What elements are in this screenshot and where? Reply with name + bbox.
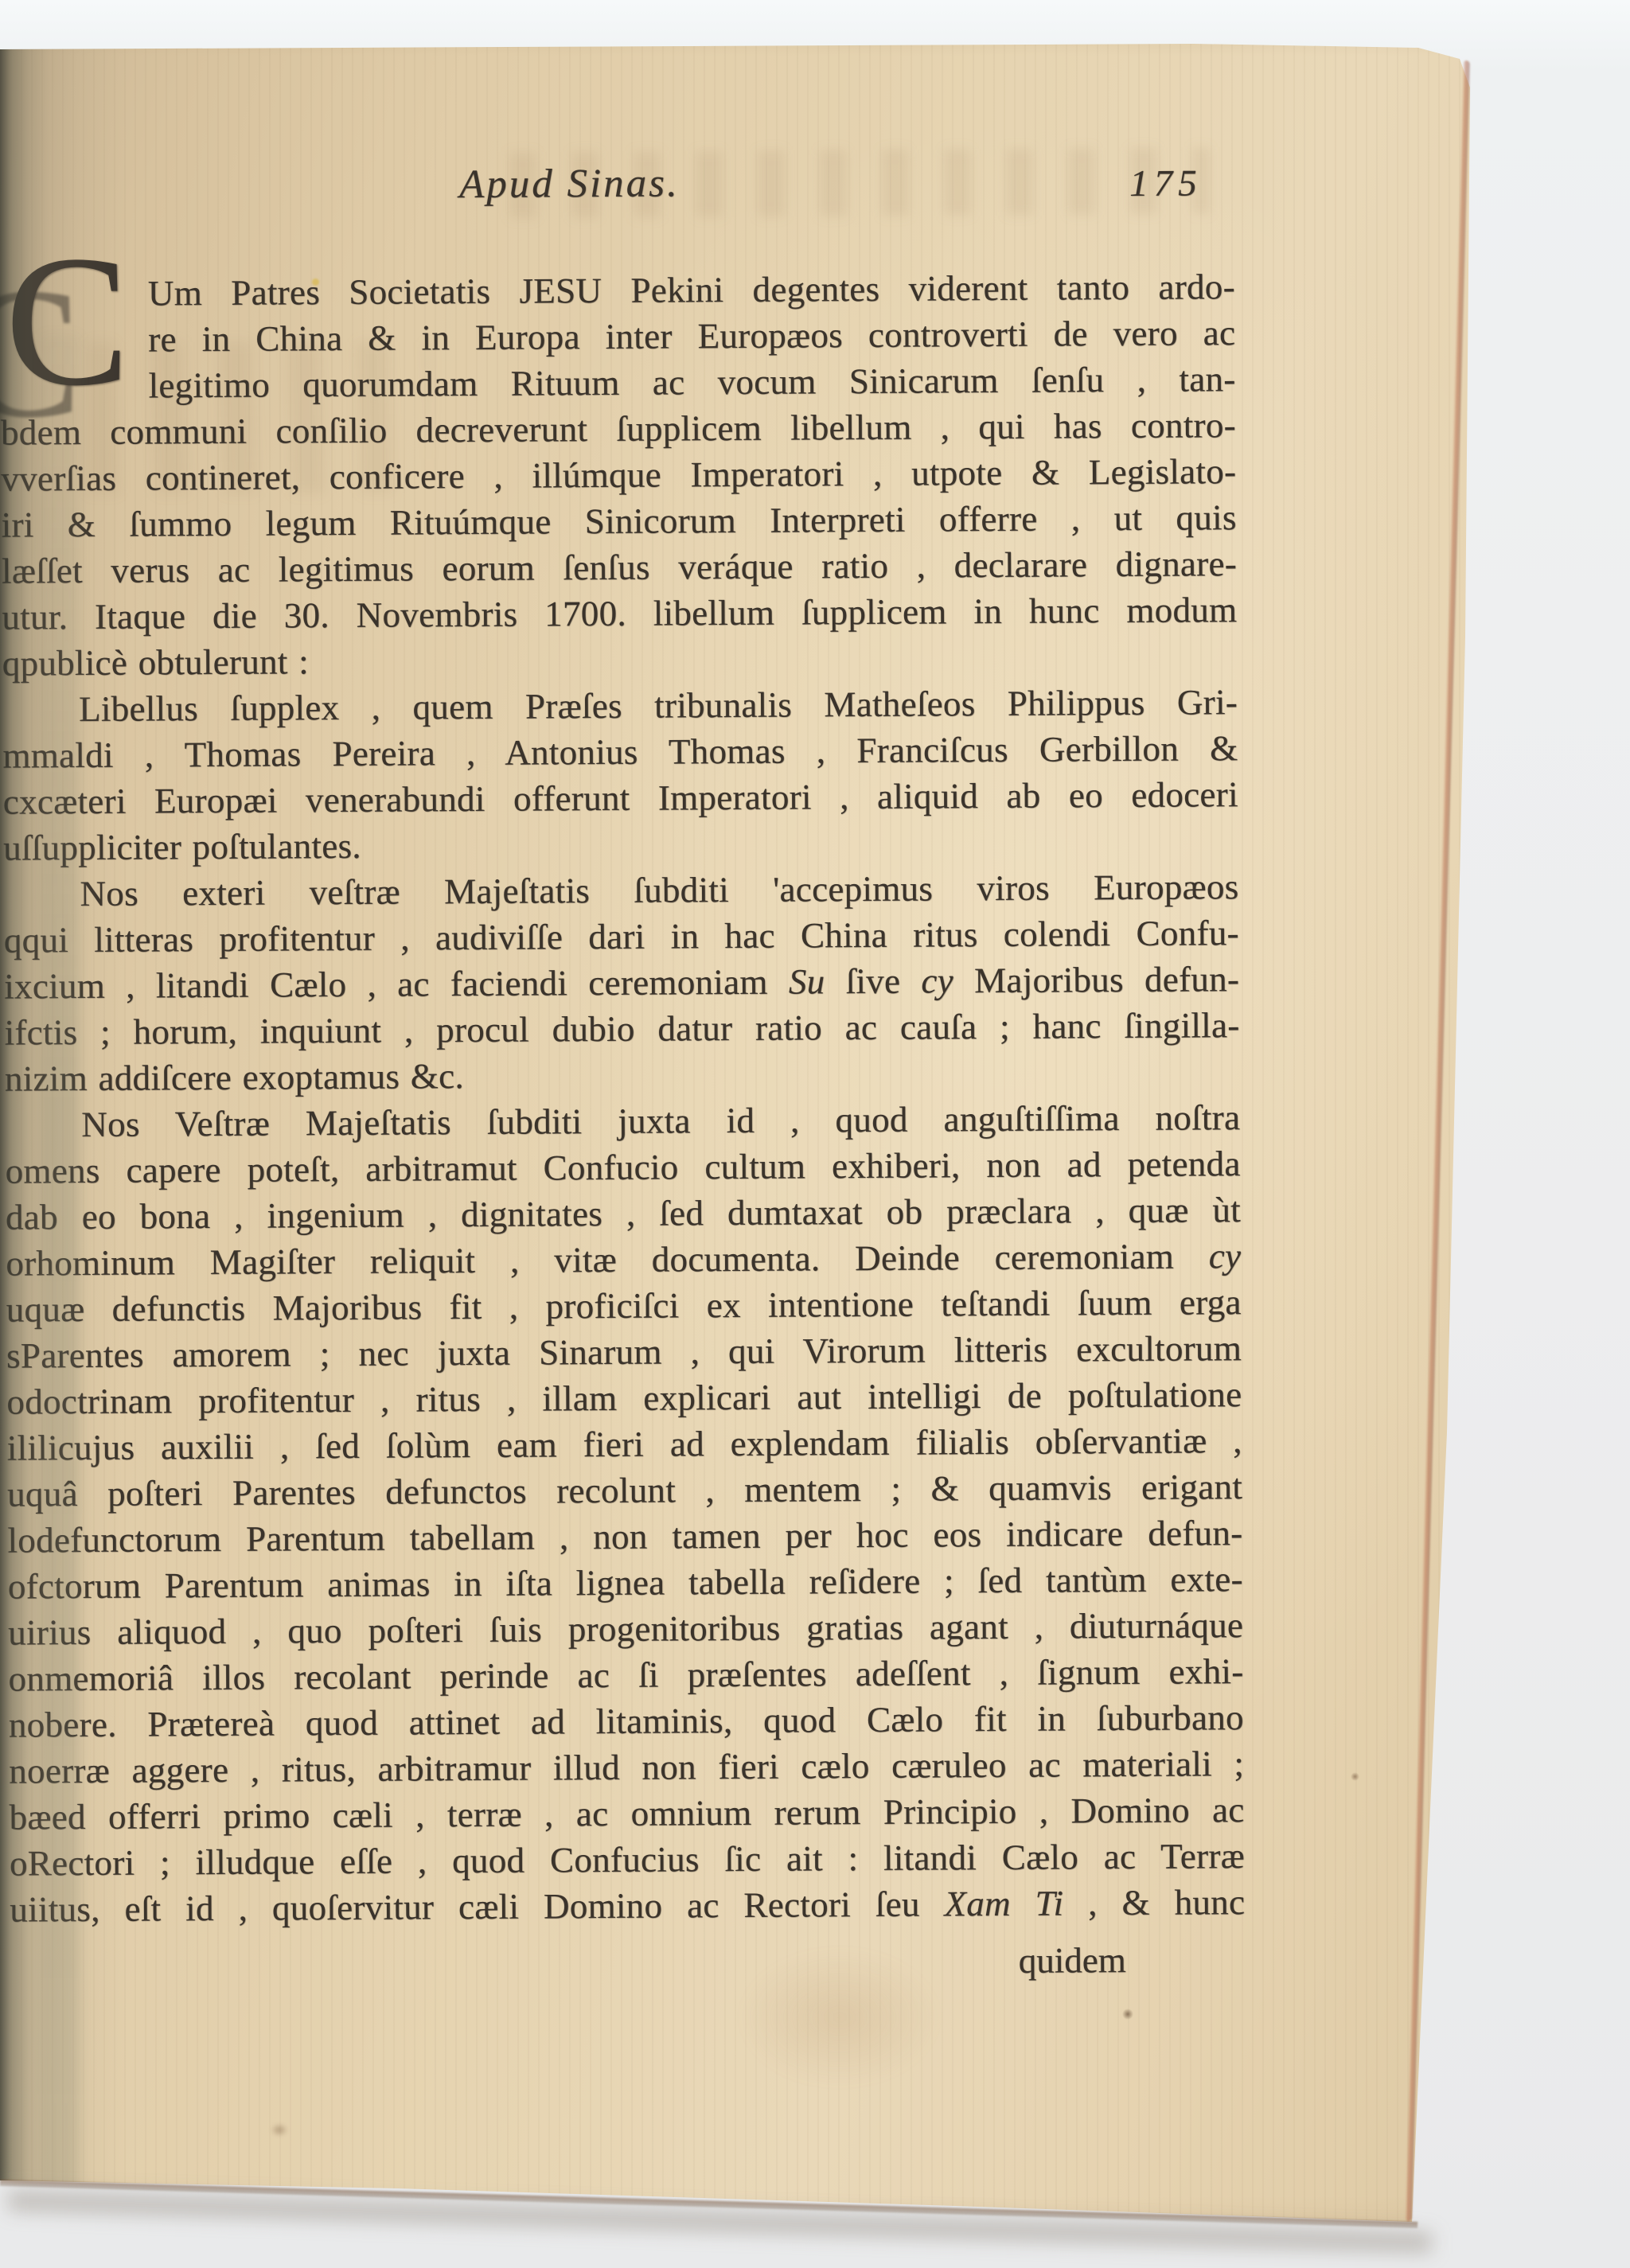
text-line: bæed offerri primo cæli , terræ , ac omn…: [9, 1787, 1244, 1840]
text-line: uquæ defunctis Majoribus fit , proficiſc…: [6, 1279, 1242, 1332]
catchword: quidem: [1019, 1940, 1126, 1981]
text-segment: utur. Itaque die 30. Novembris 1700. lib…: [2, 590, 1237, 637]
italic-text-segment: cy: [921, 961, 953, 1000]
text-segment: Majoribus defun-: [953, 959, 1240, 1000]
text-segment: vverſias contineret, conficere , illúmqu…: [1, 451, 1236, 498]
text-line: ixcium , litandi Cælo , ac faciendi cere…: [4, 956, 1239, 1009]
text-line: orhominum Magiſter reliquit , vitæ docum…: [6, 1233, 1241, 1286]
text-line: noerræ aggere , ritus, arbitramur illud …: [9, 1740, 1244, 1794]
text-line: læſſet verus ac legitimus eorum ſenſus v…: [2, 540, 1237, 594]
text-segment: re in China & in Europa inter Europæos c…: [148, 313, 1235, 359]
text-line: utur. Itaque die 30. Novembris 1700. lib…: [2, 586, 1237, 640]
text-line: oRectori ; illudque eſſe , quod Confuciu…: [10, 1833, 1245, 1886]
text-segment: qpublicè obtulerunt :: [2, 641, 310, 683]
text-segment: Nos exteri veſtræ Majeſtatis ſubditi 'ac…: [80, 867, 1238, 914]
text-segment: mmaldi , Thomas Pereira , Antonius Thoma…: [2, 728, 1238, 775]
text-segment: Nos Veſtræ Majeſtatis ſubditi juxta id ,…: [81, 1097, 1240, 1144]
text-line: dab eo bona , ingenium , dignitates , ſe…: [6, 1187, 1241, 1240]
text-line: omens capere poteſt, arbitramut Confucio…: [5, 1140, 1240, 1194]
text-segment: uirius aliquod , quo poſteri ſuis progen…: [8, 1605, 1243, 1652]
catchword-row: quidem: [10, 1936, 1246, 1989]
text-line: Um Patres Societatis JESU Pekini degente…: [0, 263, 1235, 317]
text-segment: læſſet verus ac legitimus eorum ſenſus v…: [2, 544, 1237, 590]
text-segment: sParentes amorem ; nec juxta Sinarum , q…: [6, 1328, 1242, 1375]
text-line: ofctorum Parentum animas in iſta lignea …: [8, 1556, 1243, 1609]
text-segment: lodefunctorum Parentum tabellam , non ta…: [7, 1513, 1242, 1560]
text-line: Libellus ſupplex , quem Præſes tribunali…: [2, 679, 1238, 732]
body-text: Um Patres Societatis JESU Pekini degente…: [0, 263, 1246, 1989]
text-line: onmemoriâ illos recolant perinde ac ſi p…: [8, 1648, 1243, 1701]
text-line: uſſuppliciter poſtulantes.: [3, 817, 1238, 871]
italic-text-segment: Su: [789, 961, 825, 1001]
text-line: mmaldi , Thomas Pereira , Antonius Thoma…: [2, 725, 1238, 778]
text-segment: iri & ſummo legum Rituúmque Sinicorum In…: [2, 497, 1237, 544]
text-line: sParentes amorem ; nec juxta Sinarum , q…: [6, 1325, 1242, 1378]
text-segment: onmemoriâ illos recolant perinde ac ſi p…: [8, 1651, 1243, 1698]
text-line: lodefunctorum Parentum tabellam , non ta…: [7, 1510, 1242, 1563]
text-segment: uiitus, eſt id , quoſervitur cæli Domino…: [10, 1884, 944, 1929]
text-line: uiitus, eſt id , quoſervitur cæli Domino…: [10, 1879, 1245, 1932]
text-segment: dab eo bona , ingenium , dignitates , ſe…: [6, 1190, 1241, 1237]
scanned-book-page: Apud Sinas. 175 C Um Patres Societatis J…: [0, 0, 1630, 2268]
italic-text-segment: Xam Ti: [944, 1883, 1063, 1923]
text-segment: ofctorum Parentum animas in iſta lignea …: [8, 1559, 1243, 1606]
text-segment: Libellus ſupplex , quem Præſes tribunali…: [79, 682, 1238, 729]
text-segment: bæed offerri primo cæli , terræ , ac omn…: [9, 1790, 1244, 1837]
text-line: qpublicè obtulerunt :: [2, 633, 1238, 686]
text-segment: cxcæteri Europæi venerabundi offerunt Im…: [3, 774, 1238, 821]
text-line: iri & ſummo legum Rituúmque Sinicorum In…: [2, 494, 1237, 548]
text-segment: ililicujus auxilii , ſed ſolùm eam fieri…: [7, 1420, 1242, 1467]
text-line: cxcæteri Europæi venerabundi offerunt Im…: [3, 771, 1238, 824]
text-segment: , & hunc: [1063, 1882, 1245, 1923]
text-line: nizim addiſcere exoptamus &c.: [5, 1048, 1240, 1101]
text-line: Nos exteri veſtræ Majeſtatis ſubditi 'ac…: [3, 863, 1238, 917]
text-segment: bdem communi conſilio decreverunt ſuppli…: [1, 405, 1236, 452]
text-segment: noerræ aggere , ritus, arbitramur illud …: [9, 1744, 1244, 1791]
text-segment: ifctis ; horum, inquiunt , procul dubio …: [4, 1005, 1239, 1052]
text-segment: orhominum Magiſter reliquit , vitæ docum…: [6, 1236, 1209, 1283]
book-page: Apud Sinas. 175 C Um Patres Societatis J…: [0, 0, 1630, 2268]
printed-content: Apud Sinas. 175 C Um Patres Societatis J…: [0, 0, 1630, 2268]
text-segment: ixcium , litandi Cælo , ac faciendi cere…: [4, 962, 789, 1007]
text-line: bdem communi conſilio decreverunt ſuppli…: [1, 402, 1236, 455]
text-line: re in China & in Europa inter Europæos c…: [0, 310, 1235, 363]
text-segment: uquâ poſteri Parentes defunctos recolunt…: [7, 1467, 1242, 1514]
text-segment: legitimo quorumdam Rituum ac vocum Sinic…: [148, 359, 1235, 405]
text-segment: nobere. Prætereà quod attinet ad litamin…: [9, 1697, 1244, 1744]
text-line: legitimo quorumdam Rituum ac vocum Sinic…: [0, 356, 1235, 409]
text-line: qqui litteras profitentur , audiviſſe da…: [4, 910, 1239, 963]
text-segment: Um Patres Societatis JESU Pekini degente…: [148, 267, 1235, 313]
page-number: 175: [1129, 162, 1203, 205]
text-segment: ſive: [825, 961, 921, 1002]
text-line: Nos Veſtræ Majeſtatis ſubditi juxta id ,…: [5, 1094, 1240, 1148]
text-segment: omens capere poteſt, arbitramut Confucio…: [6, 1144, 1241, 1191]
text-line: nobere. Prætereà quod attinet ad litamin…: [9, 1694, 1244, 1748]
text-segment: oRectori ; illudque eſſe , quod Confuciu…: [10, 1836, 1245, 1883]
text-line: ifctis ; horum, inquiunt , procul dubio …: [4, 1002, 1239, 1055]
text-segment: uſſuppliciter poſtulantes.: [3, 826, 361, 868]
text-line: vverſias contineret, conficere , illúmqu…: [1, 448, 1236, 501]
text-segment: nizim addiſcere exoptamus &c.: [5, 1056, 464, 1099]
running-header: Apud Sinas.: [459, 160, 680, 208]
text-line: odoctrinam profitentur , ritus , illam e…: [6, 1371, 1242, 1424]
text-segment: uquæ defunctis Majoribus fit , proficiſc…: [6, 1282, 1242, 1329]
text-line: uquâ poſteri Parentes defunctos recolunt…: [7, 1463, 1242, 1517]
text-line: ililicujus auxilii , ſed ſolùm eam fieri…: [7, 1417, 1242, 1471]
text-line: uirius aliquod , quo poſteri ſuis progen…: [8, 1602, 1243, 1655]
text-segment: odoctrinam profitentur , ritus , illam e…: [6, 1374, 1242, 1421]
text-segment: qqui litteras profitentur , audiviſſe da…: [4, 913, 1239, 960]
italic-text-segment: cy: [1209, 1236, 1242, 1276]
